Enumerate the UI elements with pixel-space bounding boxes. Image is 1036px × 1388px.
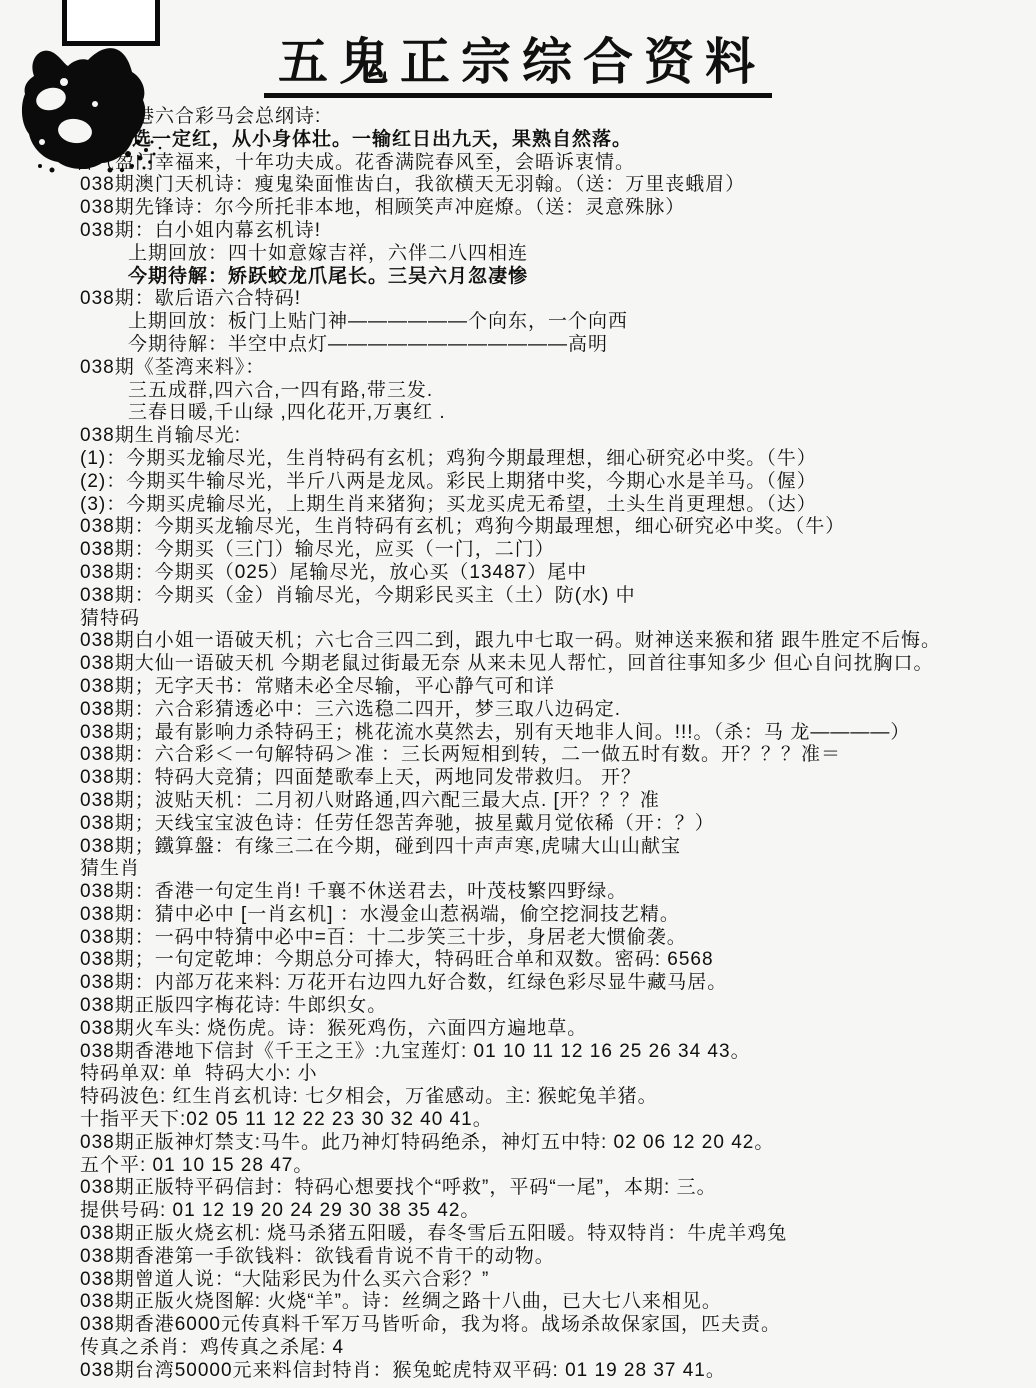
text-line: 上期回放：四十如意嫁吉祥，六伴二八四相连 bbox=[0, 243, 1036, 266]
text-line: 038期香港6000元传真料千军万马皆听命，我为将。战场杀故保家国，匹夫责。 bbox=[0, 1314, 1036, 1337]
text-line: 038期台湾50000元来料信封特肖：猴兔蛇虎特双平码: 01 19 28 37… bbox=[0, 1360, 1036, 1383]
text-line: 038期：猜中必中 [一肖玄机] ：水漫金山惹祸端，偷空挖洞技艺精。 bbox=[0, 904, 1036, 927]
text-line: 038期生肖输尽光: bbox=[0, 425, 1036, 448]
text-line: 特码单双: 单 特码大小: 小 bbox=[0, 1063, 1036, 1086]
text-line: 提供号码: 01 12 19 20 24 29 30 38 35 42。 bbox=[0, 1200, 1036, 1223]
text-line: 038期先锋诗：尔今所托非本地，相顾笑声冲庭燎。（送：灵意殊脉） bbox=[0, 197, 1036, 220]
text-line: 今期待解：半空中点灯————————————高明 bbox=[0, 334, 1036, 357]
text-line: 038期：今期买龙输尽光，生肖特码有玄机；鸡狗今期最理想，细心研究必中奖。（牛） bbox=[0, 516, 1036, 539]
text-line: 038期：特码大竞猜；四面楚歌奉上天，两地同发带救归。 开？ bbox=[0, 767, 1036, 790]
text-line: 038期大仙一语破天机 今期老鼠过街最无奈 从来未见人帮忙，回首往事知多少 但心… bbox=[0, 653, 1036, 676]
text-line: 猜特码 bbox=[0, 608, 1036, 631]
text-line: 038期正版特平码信封：特码心想要找个“呼救”，平码“一尾”，本期: 三。 bbox=[0, 1177, 1036, 1200]
text-line: 038期；一句定乾坤：今期总分可捧大，特码旺合单和双数。密码: 6568 bbox=[0, 949, 1036, 972]
text-line: 038期正版火烧玄机: 烧马杀猪五阳暖，春冬雪后五阳暖。特双特肖：牛虎羊鸡兔 bbox=[0, 1223, 1036, 1246]
content-lines: 香港六合彩马会总纲诗:当选一定红，从小身体壮。一输红日出九天，果熟自然落。喜气盈… bbox=[0, 106, 1036, 1383]
text-line: 038期；无字天书：常赌未必全尽输，平心静气可和详 bbox=[0, 676, 1036, 699]
text-line: 038期；鐵算盤：有缘三二在今期，碰到四十声声寒,虎啸大山山献宝 bbox=[0, 836, 1036, 859]
text-line: 三五成群,四六合,一四有路,带三发. bbox=[0, 380, 1036, 403]
text-line: 038期：六合彩猜透必中：三六选稳二四开，梦三取八边码定. bbox=[0, 699, 1036, 722]
text-line: 038期火车头: 烧伤虎。诗：猴死鸡伤，六面四方遍地草。 bbox=[0, 1018, 1036, 1041]
page-title-text: 五鬼正宗综合资料 bbox=[264, 34, 772, 98]
text-line: 今期待解：矫跃蛟龙爪尾长。三吴六月忽凄惨 bbox=[0, 266, 1036, 289]
text-line: 038期；天线宝宝波色诗：任劳任怨苦奔驰，披星戴月觉依稀（开：？） bbox=[0, 813, 1036, 836]
document-page: 五鬼正宗综合资料 香港六合彩马会总纲诗:当选一定红，从小身体壮。一输红日出九 bbox=[0, 0, 1036, 1388]
text-line: 猜生肖 bbox=[0, 858, 1036, 881]
text-line: 038期：白小姐内幕玄机诗! bbox=[0, 220, 1036, 243]
text-line: 038期：六合彩＜一句解特码＞准 ：三长两短相到转，二一做五时有数。开？？？准＝ bbox=[0, 744, 1036, 767]
text-line: 十指平天下:02 05 11 12 22 23 30 32 40 41。 bbox=[0, 1109, 1036, 1132]
text-line: 038期：香港一句定生肖! 千襄不休送君去，叶茂枝繁四野绿。 bbox=[0, 881, 1036, 904]
text-line: 038期；波贴天机：二月初八财路通,四六配三最大点. [开？？？准 bbox=[0, 790, 1036, 813]
ink-blot-stamp bbox=[12, 42, 167, 182]
text-line: 传真之杀肖：鸡传真之杀尾: 4 bbox=[0, 1337, 1036, 1360]
text-line: (3)：今期买虎输尽光，上期生肖来猪狗；买龙买虎无希望，土头生肖更理想。（达） bbox=[0, 494, 1036, 517]
text-line: 038期：一码中特猜中必中=百：十二步笑三十步，身居老大惯偷袭。 bbox=[0, 927, 1036, 950]
text-line: 038期：内部万花来料: 万花开右边四九好合数，红绿色彩尽显牛藏马居。 bbox=[0, 972, 1036, 995]
text-line: 五个平: 01 10 15 28 47。 bbox=[0, 1155, 1036, 1178]
text-line: 038期香港第一手欲钱料：欲钱看肯说不肯干的动物。 bbox=[0, 1246, 1036, 1269]
text-line: 038期：今期买（三门）输尽光，应买（一门，二门） bbox=[0, 539, 1036, 562]
text-line: 038期；最有影响力杀特码王；桃花流水莫然去，别有天地非人间。!!!。（杀：马 … bbox=[0, 722, 1036, 745]
text-line: 038期正版四字梅花诗: 牛郎织女。 bbox=[0, 995, 1036, 1018]
text-line: 038期白小姐一语破天机；六七合三四二到，跟九中七取一码。财神送来猴和猪 跟牛胜… bbox=[0, 630, 1036, 653]
text-line: 038期曾道人说：“大陆彩民为什么买六合彩？” bbox=[0, 1269, 1036, 1292]
text-line: 038期香港地下信封《千王之王》:九宝莲灯: 01 10 11 12 16 25… bbox=[0, 1041, 1036, 1064]
text-line: 038期《荃湾来料》： bbox=[0, 357, 1036, 380]
text-line: 038期：今期买（金）肖输尽光，今期彩民买主（土）防(水) 中 bbox=[0, 585, 1036, 608]
text-line: 038期：歇后语六合特码! bbox=[0, 288, 1036, 311]
text-line: 038期正版神灯禁支:马牛。此乃神灯特码绝杀，神灯五中特: 02 06 12 2… bbox=[0, 1132, 1036, 1155]
text-line: 038期：今期买（025）尾输尽光，放心买（13487）尾中 bbox=[0, 562, 1036, 585]
text-line: 三春日暖,千山绿 ,四化花开,万裏红 . bbox=[0, 402, 1036, 425]
text-line: 038期正版火烧图解: 火烧“羊”。诗：丝绸之路十八曲，已大七八来相见。 bbox=[0, 1291, 1036, 1314]
text-line: (1)：今期买龙输尽光，生肖特码有玄机；鸡狗今期最理想，细心研究必中奖。（牛） bbox=[0, 448, 1036, 471]
text-line: (2)：今期买牛输尽光，半斤八两是龙凤。彩民上期猪中奖，今期心水是羊马。（偓） bbox=[0, 471, 1036, 494]
text-line: 上期回放：板门上贴门神——————个向东，一个向西 bbox=[0, 311, 1036, 334]
text-line: 特码波色: 红生肖玄机诗: 七夕相会，万雀感动。主: 猴蛇兔羊猪。 bbox=[0, 1086, 1036, 1109]
